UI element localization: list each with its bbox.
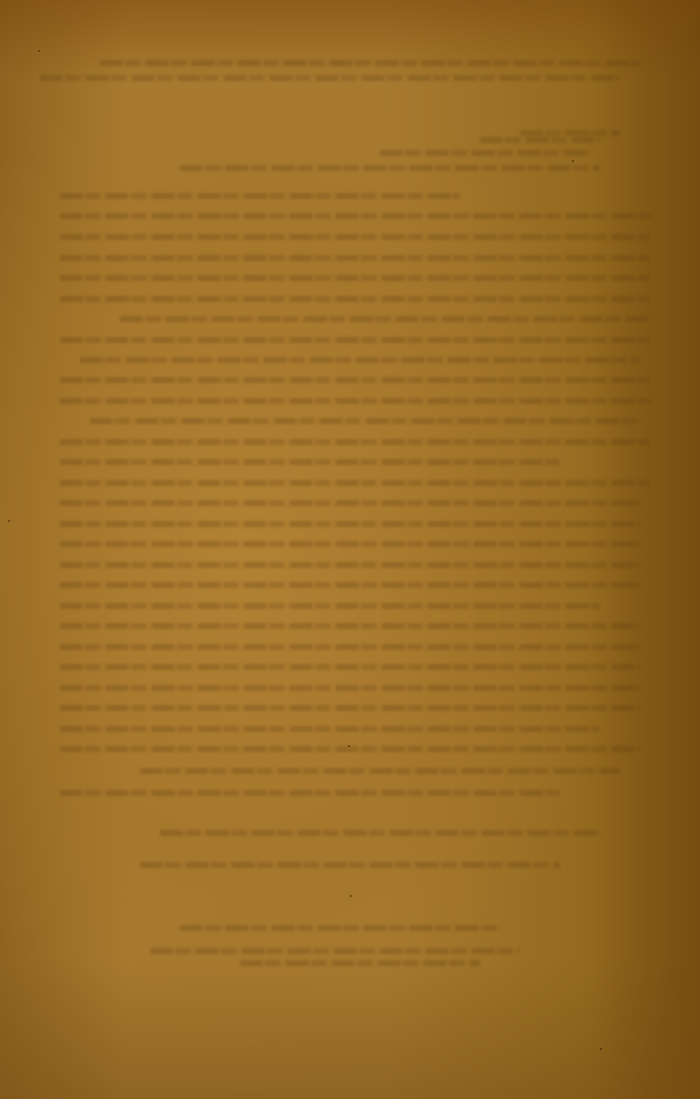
bleed-through-line	[60, 500, 640, 506]
bleed-through-line	[60, 337, 650, 343]
bleed-through-line	[60, 541, 640, 547]
bleed-through-line	[60, 459, 560, 465]
bleed-through-line	[140, 862, 560, 868]
bleed-through-line	[60, 275, 650, 281]
bleed-through-line	[60, 603, 600, 609]
bleed-through-line	[60, 398, 650, 404]
bleed-through-line	[60, 234, 650, 240]
paper-speck	[8, 520, 10, 522]
bleed-through-line	[140, 768, 620, 774]
bleed-through-line	[60, 213, 650, 219]
bleed-through-line	[60, 439, 650, 445]
bleed-through-line	[60, 623, 640, 629]
bleed-through-line	[60, 255, 650, 261]
paper-speck	[348, 745, 350, 747]
bleed-through-line	[60, 582, 640, 588]
bleed-through-line	[60, 562, 640, 568]
bleed-through-line	[60, 193, 460, 199]
bleed-through-text	[0, 0, 700, 1099]
bleed-through-line	[40, 75, 620, 81]
bleed-through-line	[60, 521, 640, 527]
bleed-through-line	[480, 137, 600, 143]
bleed-through-line	[60, 644, 640, 650]
bleed-through-line	[60, 480, 650, 486]
bleed-through-line	[520, 130, 620, 136]
bleed-through-line	[120, 316, 650, 322]
bleed-through-line	[60, 726, 600, 732]
bleed-through-line	[380, 150, 590, 156]
bleed-through-line	[180, 165, 600, 171]
bleed-through-line	[60, 790, 560, 796]
bleed-through-line	[60, 705, 640, 711]
paper-speck	[600, 1048, 602, 1050]
bleed-through-line	[160, 830, 600, 836]
bleed-through-line	[60, 296, 650, 302]
paper-speck	[350, 895, 352, 897]
bleed-through-line	[60, 377, 650, 383]
bleed-through-line	[60, 685, 640, 691]
bleed-through-line	[180, 925, 500, 931]
bleed-through-line	[80, 357, 640, 363]
bleed-through-line	[60, 746, 640, 752]
bleed-through-line	[150, 948, 520, 954]
scanned-page	[0, 0, 700, 1099]
paper-speck	[572, 160, 574, 162]
bleed-through-line	[60, 664, 640, 670]
paper-speck	[38, 50, 40, 52]
bleed-through-line	[240, 960, 480, 966]
bleed-through-line	[90, 418, 640, 424]
bleed-through-line	[100, 60, 640, 66]
